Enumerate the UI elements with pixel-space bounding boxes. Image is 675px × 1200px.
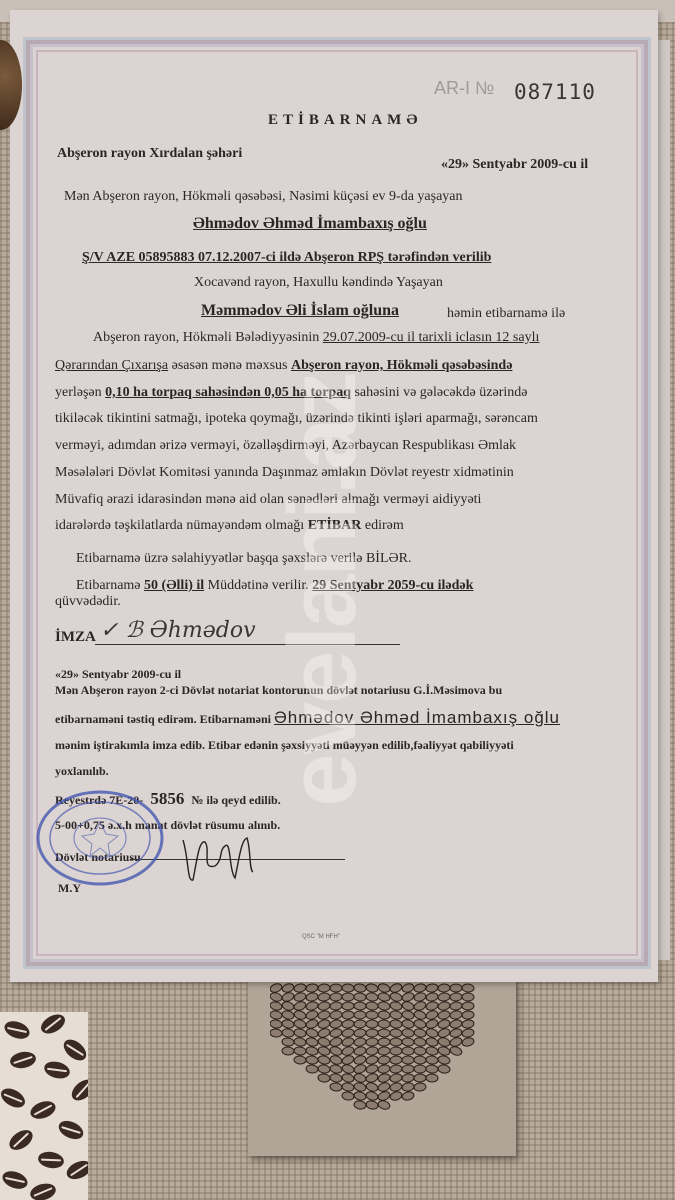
document-content: AR-I № 087110 ETİBARNAMƏ Abşeron rayon X… <box>0 0 675 1200</box>
notary-date: «29» Sentyabr 2009-cu il <box>55 667 181 682</box>
principal-name: Əhmədov Əhməd İmambaxış oğlu <box>193 215 427 233</box>
issue-date: «29» Sentyabr 2009-cu il <box>441 157 588 173</box>
signature-label: İMZA <box>55 629 96 646</box>
serial-label: AR-I № <box>434 78 494 99</box>
term-years: 50 (Əlli) il <box>144 578 204 593</box>
body-line-1: Abşeron rayon, Hökməli Bələdiyyəsinin 29… <box>93 330 539 346</box>
issue-location: Abşeron rayon Xırdalan şəhəri <box>57 146 242 162</box>
notary-signature <box>175 820 265 890</box>
serial-number: 087110 <box>514 80 596 104</box>
printer-imprint: QSC "M HFH" <box>302 934 340 940</box>
watermark: evelani.az <box>268 360 378 820</box>
valid-suffix: qüvvədədir. <box>55 594 121 610</box>
principal-address: Mən Abşeron rayon, Hökməli qəsəbəsi, Nəs… <box>64 189 463 205</box>
passport-line: Ş/V AZE 05895883 07.12.2007-ci ildə Abşe… <box>82 250 491 266</box>
notary-line-4: yoxlanılıb. <box>55 764 109 779</box>
notary-stamp-seal <box>36 790 164 886</box>
agent-address: Xocavənd rayon, Haxullu kəndində Yaşayan <box>194 275 443 291</box>
agent-suffix: həmin etibarnamə ilə <box>447 306 565 322</box>
principal-signature: ✓ ℬ Əhmədov <box>100 618 256 643</box>
agent-name: Məmmədov Əli İslam oğluna <box>201 302 399 320</box>
document-title: ETİBARNAMƏ <box>268 112 422 129</box>
